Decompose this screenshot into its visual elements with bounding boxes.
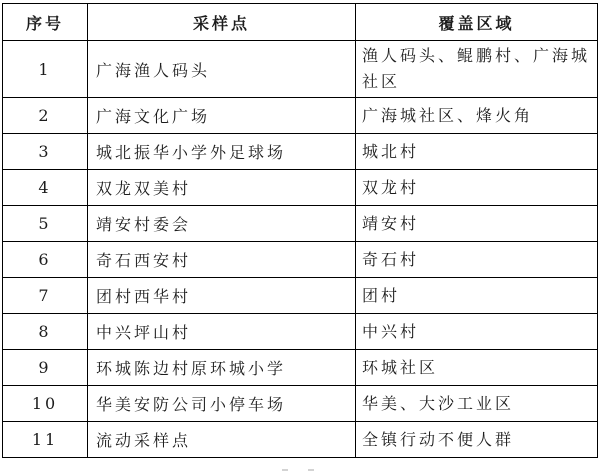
coverage-area-cell: 中兴村: [356, 314, 598, 350]
sampling-point-cell: 城北振华小学外足球场: [88, 134, 356, 170]
coverage-area-cell: 华美、大沙工业区: [356, 386, 598, 422]
serial-number-cell: 9: [3, 350, 88, 386]
serial-number-cell: 5: [3, 206, 88, 242]
coverage-area-cell: 广海城社区、烽火角: [356, 98, 598, 134]
table-row: 11流动采样点全镇行动不便人群: [3, 422, 598, 458]
serial-number-cell: 3: [3, 134, 88, 170]
sampling-point-cell: 环城陈边村原环城小学: [88, 350, 356, 386]
sampling-point-cell: 靖安村委会: [88, 206, 356, 242]
page-edge-artifact: [282, 469, 288, 471]
coverage-area-cell: 全镇行动不便人群: [356, 422, 598, 458]
coverage-area-cell: 团村: [356, 278, 598, 314]
serial-number-cell: 10: [3, 386, 88, 422]
table-row: 4双龙双美村双龙村: [3, 170, 598, 206]
sampling-point-cell: 广海渔人码头: [88, 41, 356, 98]
sampling-point-cell: 华美安防公司小停车场: [88, 386, 356, 422]
header-coverage-area: 覆盖区域: [356, 4, 598, 41]
header-sampling-point: 采样点: [88, 4, 356, 41]
table-row: 7团村西华村团村: [3, 278, 598, 314]
coverage-area-cell: 环城社区: [356, 350, 598, 386]
table-row: 6奇石西安村奇石村: [3, 242, 598, 278]
sampling-points-table: 序号 采样点 覆盖区域 1广海渔人码头渔人码头、鲲鹏村、广海城社区2广海文化广场…: [2, 3, 598, 458]
table-row: 9环城陈边村原环城小学环城社区: [3, 350, 598, 386]
coverage-area-cell: 双龙村: [356, 170, 598, 206]
coverage-area-cell: 靖安村: [356, 206, 598, 242]
serial-number-cell: 11: [3, 422, 88, 458]
sampling-point-cell: 团村西华村: [88, 278, 356, 314]
sampling-point-cell: 流动采样点: [88, 422, 356, 458]
serial-number-cell: 6: [3, 242, 88, 278]
sampling-point-cell: 双龙双美村: [88, 170, 356, 206]
coverage-area-cell: 奇石村: [356, 242, 598, 278]
table-header-row: 序号 采样点 覆盖区域: [3, 4, 598, 41]
table-row: 2广海文化广场广海城社区、烽火角: [3, 98, 598, 134]
header-serial-number: 序号: [3, 4, 88, 41]
table-row: 3城北振华小学外足球场城北村: [3, 134, 598, 170]
table-row: 10华美安防公司小停车场华美、大沙工业区: [3, 386, 598, 422]
document-page: 序号 采样点 覆盖区域 1广海渔人码头渔人码头、鲲鹏村、广海城社区2广海文化广场…: [0, 0, 600, 473]
table-row: 1广海渔人码头渔人码头、鲲鹏村、广海城社区: [3, 41, 598, 98]
serial-number-cell: 1: [3, 41, 88, 98]
serial-number-cell: 2: [3, 98, 88, 134]
serial-number-cell: 8: [3, 314, 88, 350]
table-row: 5靖安村委会靖安村: [3, 206, 598, 242]
sampling-point-cell: 广海文化广场: [88, 98, 356, 134]
coverage-area-cell: 渔人码头、鲲鹏村、广海城社区: [356, 41, 598, 98]
coverage-area-cell: 城北村: [356, 134, 598, 170]
sampling-point-cell: 中兴坪山村: [88, 314, 356, 350]
serial-number-cell: 7: [3, 278, 88, 314]
table-row: 8中兴坪山村中兴村: [3, 314, 598, 350]
serial-number-cell: 4: [3, 170, 88, 206]
sampling-point-cell: 奇石西安村: [88, 242, 356, 278]
